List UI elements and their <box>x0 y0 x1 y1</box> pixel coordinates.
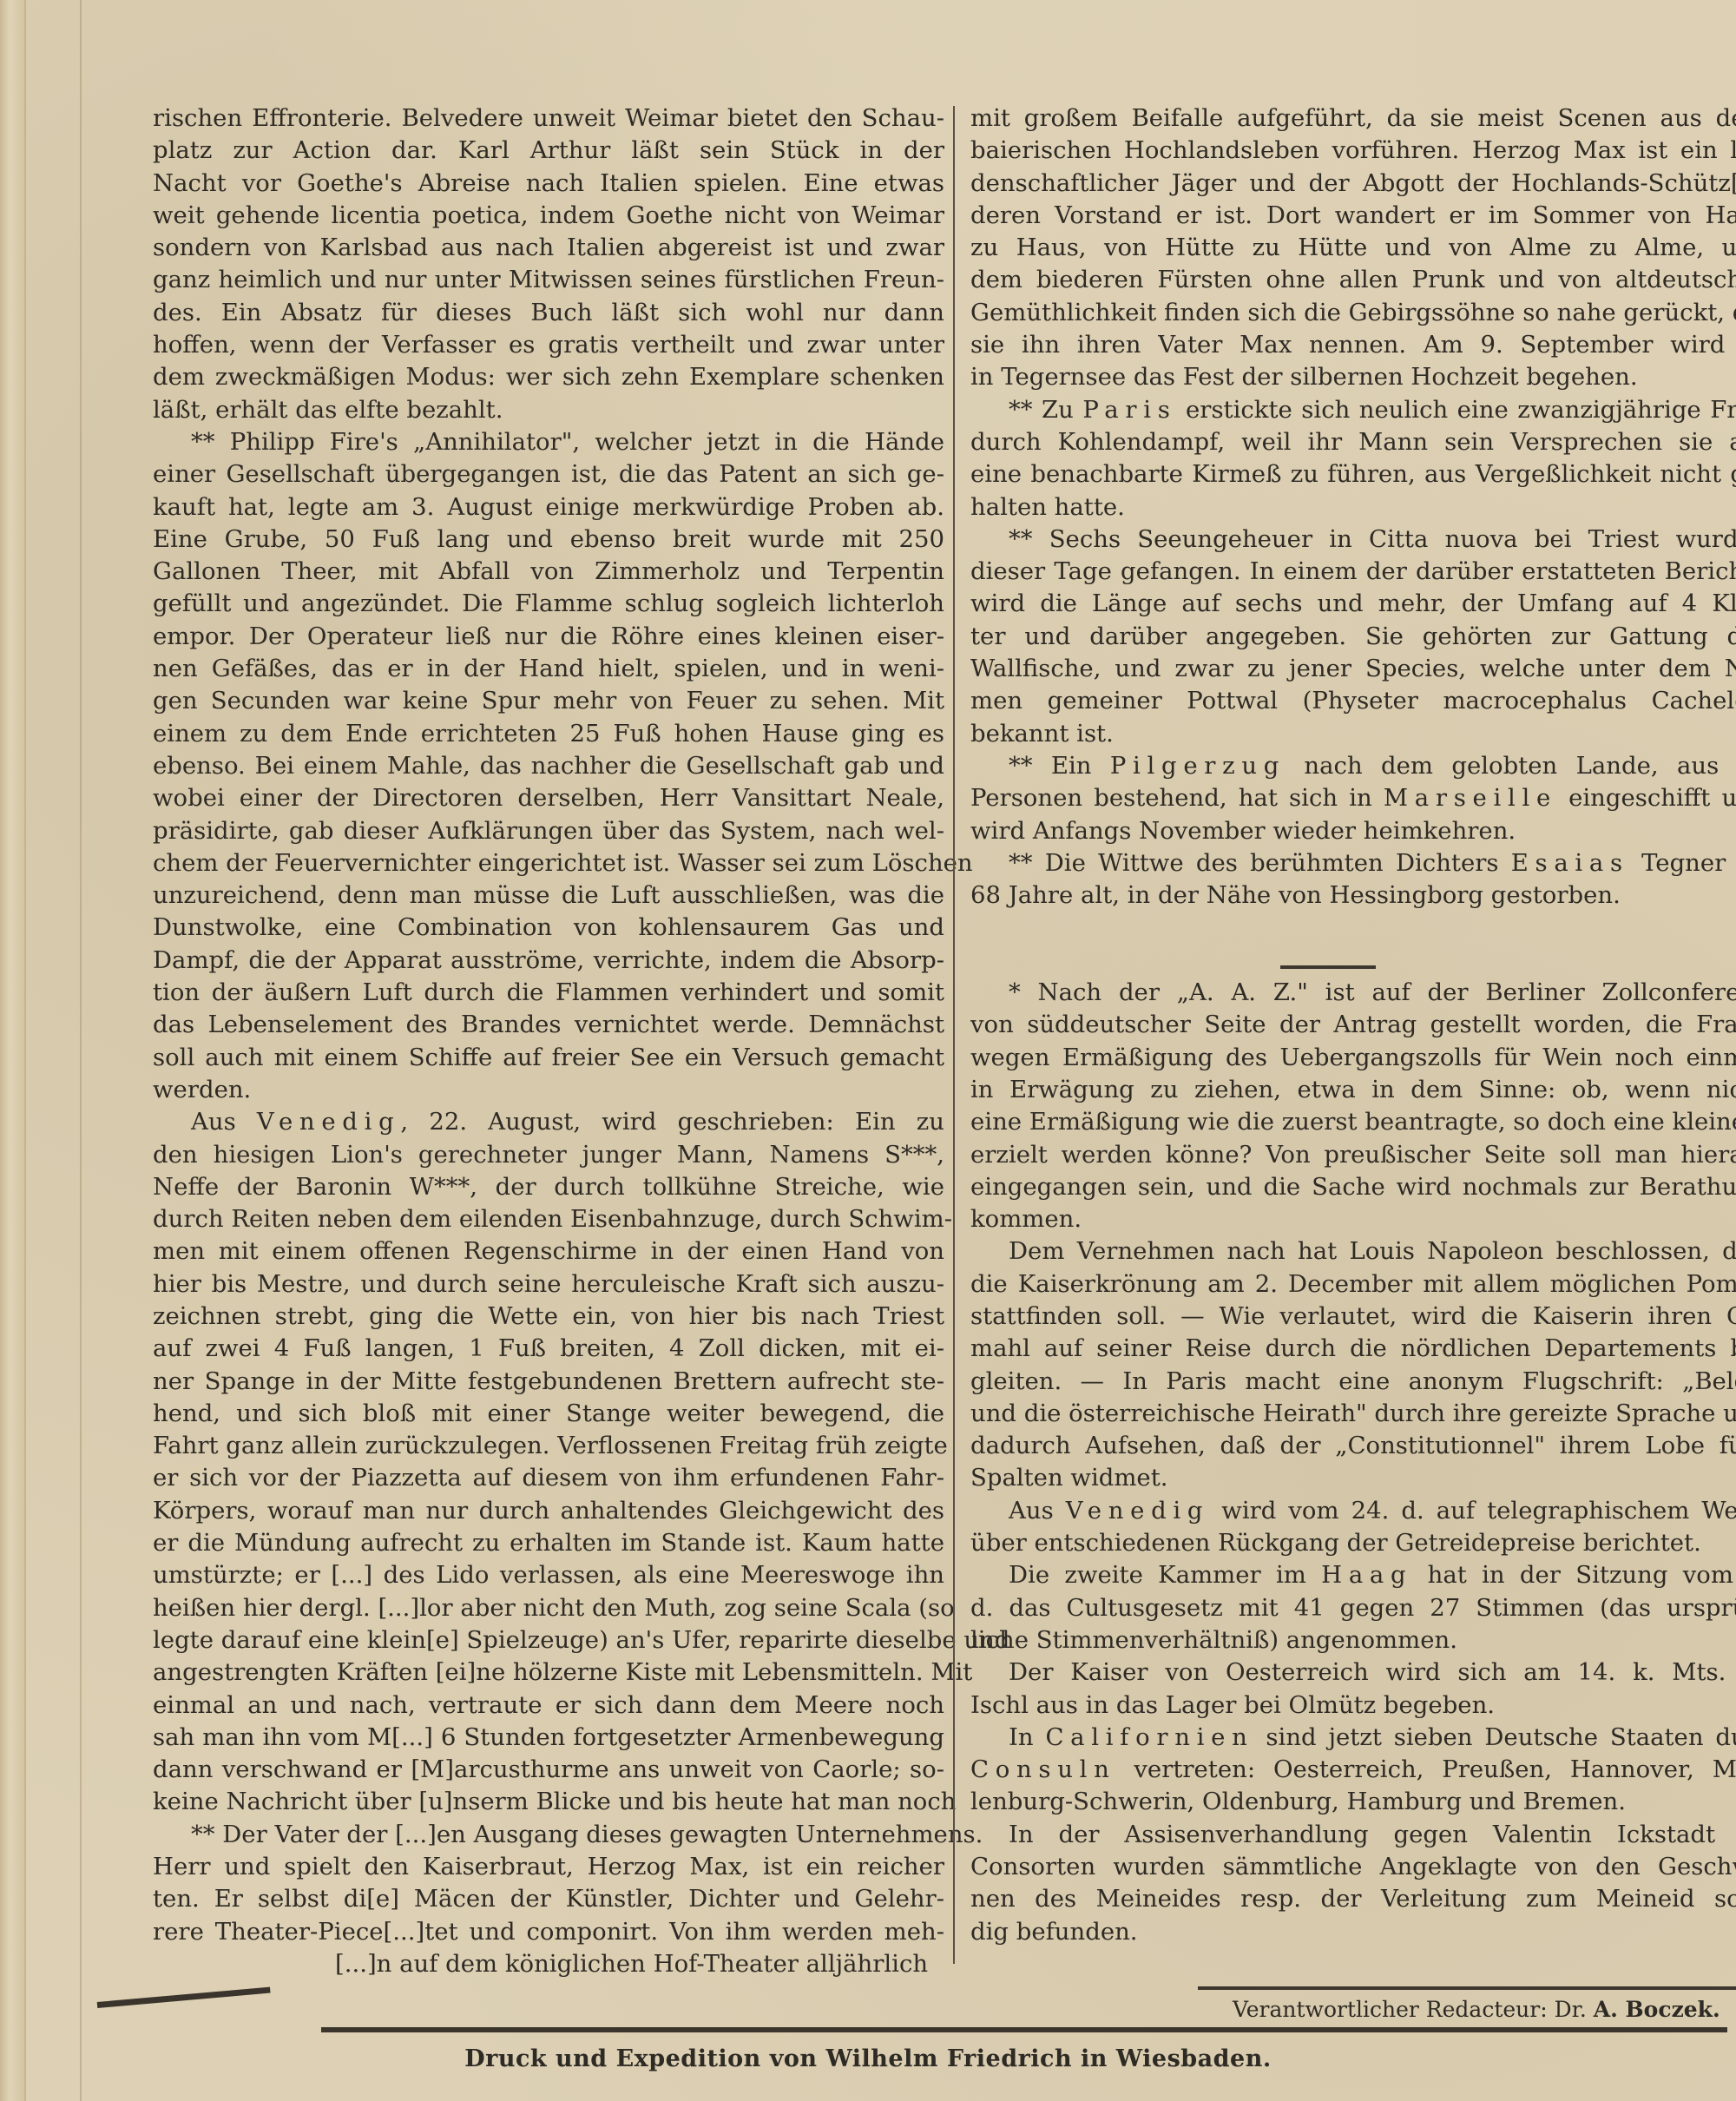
text-line: einer Gesellschaft übergegangen ist, die… <box>153 458 944 491</box>
text-line: hend, und sich bloß mit einer Stange wei… <box>153 1398 944 1430</box>
text-line: men gemeiner Pottwal (Physeter macroceph… <box>970 685 1736 717</box>
text-line: eingegangen sein, und die Sache wird noc… <box>970 1171 1736 1203</box>
text-line: gleiten. — In Paris macht eine anonym Fl… <box>970 1366 1736 1398</box>
text-line: nen Gefäßes, das er in der Hand hielt, s… <box>153 653 944 685</box>
text-line: deren Vorstand er ist. Dort wandert er i… <box>970 200 1736 232</box>
text-line: liche Stimmenverhältniß) angenommen. <box>970 1624 1736 1656</box>
text-line: unzureichend, denn man müsse die Luft au… <box>153 879 944 912</box>
text-line: zeichnen strebt, ging die Wette ein, von… <box>153 1301 944 1333</box>
text-line: Dem Vernehmen nach hat Louis Napoleon be… <box>970 1235 1736 1268</box>
text-line: gefüllt und angezündet. Die Flamme schlu… <box>153 588 944 620</box>
text-line: dig befunden. <box>970 1916 1736 1948</box>
text-line: Fahrt ganz allein zurückzulegen. Verflos… <box>153 1430 944 1462</box>
page-crease <box>80 0 82 2101</box>
text-line: nen des Meineides resp. der Verleitung z… <box>970 1883 1736 1915</box>
text-line: Wallfische, und zwar zu jener Species, w… <box>970 653 1736 685</box>
text-line: soll auch mit einem Schiffe auf freier S… <box>153 1042 944 1074</box>
left-column: rischen Effronterie. Belvedere unweit We… <box>153 102 944 1980</box>
column-divider <box>953 106 955 1964</box>
text-line: einem zu dem Ende errichteten 25 Fuß hoh… <box>153 718 944 750</box>
text-line: ten. Er selbst di[e] Mäcen der Künstler,… <box>153 1883 944 1915</box>
text-line: ner Spange in der Mitte festgebundenen B… <box>153 1366 944 1398</box>
text-line: Neffe der Baronin W***, der durch tollkü… <box>153 1171 944 1203</box>
text-line: keine Nachricht über [u]nserm Blicke und… <box>153 1786 944 1818</box>
text-line: wegen Ermäßigung des Uebergangszolls für… <box>970 1042 1736 1074</box>
text-line: ** Die Wittwe des berühmten Dichters Esa… <box>970 847 1736 879</box>
text-line: ** Zu Paris erstickte sich neulich eine … <box>970 394 1736 426</box>
text-line: Consorten wurden sämmtliche Angeklagte v… <box>970 1851 1736 1883</box>
text-line: denschaftlicher Jäger und der Abgott der… <box>970 168 1736 200</box>
end-of-article-rule <box>97 1987 271 2008</box>
text-line: von süddeutscher Seite der Antrag gestel… <box>970 1009 1736 1041</box>
text-line: wobei einer der Directoren derselben, He… <box>153 782 944 814</box>
editor-name: A. Boczek. <box>1594 1997 1720 2022</box>
text-line: bekannt ist. <box>970 718 1736 750</box>
printer-imprint: Druck und Expedition von Wilhelm Friedri… <box>0 2045 1736 2072</box>
text-line: 68 Jahre alt, in der Nähe von Hessingbor… <box>970 879 1736 912</box>
emphasized-word: Venedig <box>257 1108 401 1136</box>
text-line: ganz heimlich und nur unter Mitwissen se… <box>153 264 944 296</box>
text-line: kauft hat, legte am 3. August einige mer… <box>153 491 944 524</box>
text-line: rischen Effronterie. Belvedere unweit We… <box>153 102 944 135</box>
text-line: In der Assisenverhandlung gegen Valentin… <box>970 1819 1736 1851</box>
text-line: Dampf, die der Apparat ausströme, verric… <box>153 945 944 977</box>
text-line: in Erwägung zu ziehen, etwa in dem Sinne… <box>970 1074 1736 1106</box>
text-line: des. Ein Absatz für dieses Buch läßt sic… <box>153 297 944 329</box>
text-line: den hiesigen Lion's gerechneter junger M… <box>153 1139 944 1171</box>
text-line: Die zweite Kammer im Haag hat in der Sit… <box>970 1559 1736 1591</box>
text-line: durch Reiten neben dem eilenden Eisenbah… <box>153 1203 944 1235</box>
text-line: angestrengten Kräften [ei]ne hölzerne Ki… <box>153 1656 944 1689</box>
text-line: * Nach der „A. A. Z." ist auf der Berlin… <box>970 977 1736 1009</box>
text-line: platz zur Action dar. Karl Arthur läßt s… <box>153 135 944 167</box>
text-line: dem zweckmäßigen Modus: wer sich zehn Ex… <box>153 361 944 393</box>
text-line: hoffen, wenn der Verfasser es gratis ver… <box>153 329 944 361</box>
text-line: sie ihn ihren Vater Max nennen. Am 9. Se… <box>970 329 1736 361</box>
text-line: ** Ein Pilgerzug nach dem gelobten Lande… <box>970 750 1736 782</box>
text-line: Der Kaiser von Oesterreich wird sich am … <box>970 1656 1736 1689</box>
text-line: sondern von Karlsbad aus nach Italien ab… <box>153 232 944 264</box>
text-line: einmal an und nach, vertraute er sich da… <box>153 1689 944 1722</box>
text-line: Körpers, worauf man nur durch anhaltende… <box>153 1495 944 1527</box>
text-line: zu Haus, von Hütte zu Hütte und von Alme… <box>970 232 1736 264</box>
text-line: erzielt werden könne? Von preußischer Se… <box>970 1139 1736 1171</box>
editor-label: Verantwortlicher Redacteur: Dr. <box>1233 1997 1594 2022</box>
text-line: das Lebenselement des Brandes vernichtet… <box>153 1009 944 1041</box>
text-line: In Californien sind jetzt sieben Deutsch… <box>970 1722 1736 1754</box>
text-line: dann verschwand er [M]arcusthurme ans un… <box>153 1754 944 1786</box>
text-line: Gallonen Theer, mit Abfall von Zimmerhol… <box>153 556 944 588</box>
text-line: gen Secunden war keine Spur mehr von Feu… <box>153 685 944 717</box>
emphasized-word: Haag <box>1321 1561 1412 1589</box>
text-line: Herr und spielt den Kaiserbraut, Herzog … <box>153 1851 944 1883</box>
text-line: ** Philipp Fire's „Annihilator", welcher… <box>153 426 944 458</box>
right-column: mit großem Beifalle aufgeführt, da sie m… <box>970 102 1736 1948</box>
text-line: d. das Cultusgesetz mit 41 gegen 27 Stim… <box>970 1592 1736 1624</box>
text-line: läßt, erhält das elfte bezahlt. <box>153 394 944 426</box>
text-line: über entschiedenen Rückgang der Getreide… <box>970 1527 1736 1559</box>
text-line: Nacht vor Goethe's Abreise nach Italien … <box>153 168 944 200</box>
text-line: wird die Länge auf sechs und mehr, der U… <box>970 588 1736 620</box>
text-line: chem der Feuervernichter eingerichtet is… <box>153 847 944 879</box>
text-line: eine benachbarte Kirmeß zu führen, aus V… <box>970 458 1736 491</box>
text-line: baierischen Hochlandsleben vorführen. He… <box>970 135 1736 167</box>
text-line: Gemüthlichkeit finden sich die Gebirgssö… <box>970 297 1736 329</box>
text-line: Aus Venedig, 22. August, wird geschriebe… <box>153 1106 944 1138</box>
text-line: er sich vor der Piazzetta auf diesem von… <box>153 1462 944 1494</box>
text-line: durch Kohlendampf, weil ihr Mann sein Ve… <box>970 426 1736 458</box>
text-line: Ischl aus in das Lager bei Olmütz begebe… <box>970 1689 1736 1722</box>
emphasized-word: Paris <box>1082 396 1176 424</box>
text-line: empor. Der Operateur ließ nur die Röhre … <box>153 621 944 653</box>
text-line: in Tegernsee das Fest der silbernen Hoch… <box>970 361 1736 393</box>
text-line: men mit einem offenen Regenschirme in de… <box>153 1235 944 1268</box>
text-line: eine Ermäßigung wie die zuerst beantragt… <box>970 1106 1736 1138</box>
footer-rule <box>321 2027 1727 2032</box>
text-line: kommen. <box>970 1203 1736 1235</box>
emphasized-word: Pilgerzug <box>1110 752 1286 780</box>
emphasized-word: Esaias <box>1511 849 1629 877</box>
text-line: ** Der Vater der [...]en Ausgang dieses … <box>153 1819 944 1851</box>
text-line: wird Anfangs November wieder heimkehren. <box>970 815 1736 847</box>
responsible-editor-line: Verantwortlicher Redacteur: Dr. A. Bocze… <box>1233 1997 1720 2022</box>
text-line: dieser Tage gefangen. In einem der darüb… <box>970 556 1736 588</box>
text-line: mahl auf seiner Reise durch die nördlich… <box>970 1333 1736 1365</box>
text-line: ** Sechs Seeungeheuer in Citta nuova bei… <box>970 524 1736 556</box>
text-line: lenburg-Schwerin, Oldenburg, Hamburg und… <box>970 1786 1736 1818</box>
text-line: mit großem Beifalle aufgeführt, da sie m… <box>970 102 1736 135</box>
text-line: hier bis Mestre, und durch seine hercule… <box>153 1268 944 1301</box>
text-line: ter und darüber angegeben. Sie gehörten … <box>970 621 1736 653</box>
page-fold-edge <box>0 0 26 2101</box>
text-line: die Kaiserkrönung am 2. December mit all… <box>970 1268 1736 1301</box>
text-line: dadurch Aufsehen, daß der „Constitutionn… <box>970 1430 1736 1462</box>
text-line: [...]n auf dem königlichen Hof-Theater a… <box>153 1948 944 1980</box>
text-line: umstürzte; er [...] des Lido verlassen, … <box>153 1559 944 1591</box>
text-line: dem biederen Fürsten ohne allen Prunk un… <box>970 264 1736 296</box>
text-line: Dunstwolke, eine Combination von kohlens… <box>153 912 944 944</box>
text-line: auf zwei 4 Fuß langen, 1 Fuß breiten, 4 … <box>153 1333 944 1365</box>
text-line: stattfinden soll. — Wie verlautet, wird … <box>970 1301 1736 1333</box>
emphasized-word: Venedig <box>1066 1497 1210 1525</box>
emphasized-word: Consuln <box>970 1755 1116 1783</box>
text-line: präsidirte, gab dieser Aufklärungen über… <box>153 815 944 847</box>
text-line <box>970 912 1736 944</box>
text-line: und die österreichische Heirath" durch i… <box>970 1398 1736 1430</box>
editor-rule <box>1198 1986 1736 1990</box>
text-line: rere Theater-Piece[...]tet und componirt… <box>153 1916 944 1948</box>
emphasized-word: Californien <box>1045 1723 1253 1751</box>
text-line: Personen bestehend, hat sich in Marseill… <box>970 782 1736 814</box>
text-line: Consuln vertreten: Oesterreich, Preußen,… <box>970 1754 1736 1786</box>
text-line: halten hatte. <box>970 491 1736 524</box>
text-line: weit gehende licentia poetica, indem Goe… <box>153 200 944 232</box>
text-line: ebenso. Bei einem Mahle, das nachher die… <box>153 750 944 782</box>
text-line: tion der äußern Luft durch die Flammen v… <box>153 977 944 1009</box>
text-line: Aus Venedig wird vom 24. d. auf telegrap… <box>970 1495 1736 1527</box>
text-line: er die Mündung aufrecht zu erhalten im S… <box>153 1527 944 1559</box>
text-line: legte darauf eine klein[e] Spielzeuge) a… <box>153 1624 944 1656</box>
text-line: heißen hier dergl. [...]lor aber nicht d… <box>153 1592 944 1624</box>
text-line: sah man ihn vom M[...] 6 Stunden fortges… <box>153 1722 944 1754</box>
section-separator-rule <box>1280 965 1376 969</box>
text-line: werden. <box>153 1074 944 1106</box>
text-line: Eine Grube, 50 Fuß lang und ebenso breit… <box>153 524 944 556</box>
text-line <box>970 945 1736 977</box>
emphasized-word: Marseille <box>1384 784 1557 812</box>
text-line: Spalten widmet. <box>970 1462 1736 1494</box>
